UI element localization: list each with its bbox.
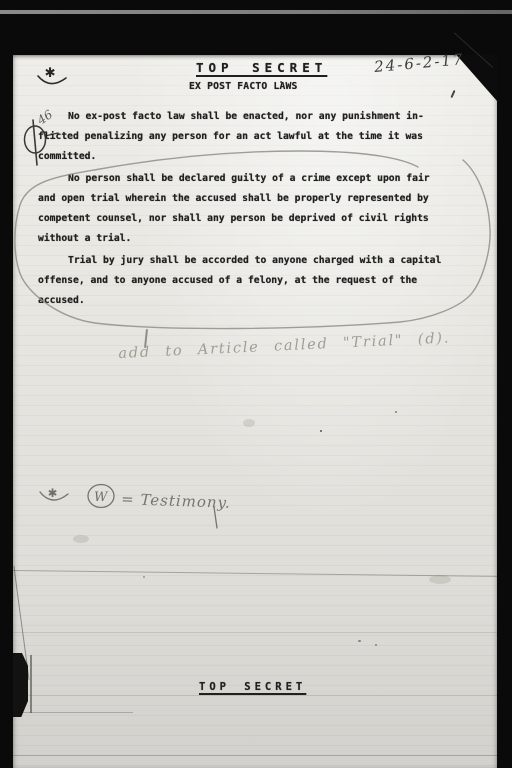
- testimony-symbol: W: [94, 490, 109, 505]
- smudge: [429, 575, 451, 584]
- speck: [395, 411, 397, 413]
- speck: [320, 430, 322, 432]
- scan-corner-line: [30, 655, 32, 713]
- speck: [143, 576, 145, 578]
- asterisk-glyph: ✱: [45, 62, 55, 82]
- asterisk-glyph: ✱: [48, 483, 57, 501]
- scratch-line: [13, 695, 497, 696]
- scratch-line: [13, 755, 497, 756]
- speck: [280, 81, 282, 83]
- typed-line: No ex-post facto law shall be enacted, n…: [38, 107, 478, 127]
- scan-corner-shadow: [13, 653, 28, 717]
- scratch-line: [13, 632, 497, 633]
- scan-edge-stripe: [0, 10, 512, 14]
- document-scan: TOP SECRET 24-6-2-17 ✱ 46 EX POST FACTO …: [0, 0, 512, 768]
- classification-header: TOP SECRET: [196, 60, 327, 75]
- document-page: TOP SECRET 24-6-2-17 ✱ 46 EX POST FACTO …: [13, 55, 497, 768]
- speck: [375, 644, 377, 646]
- speck: [358, 640, 361, 642]
- smudge: [73, 535, 89, 543]
- classification-footer: TOP SECRET: [199, 681, 306, 693]
- pencil-circle-annotation: [13, 135, 497, 345]
- asterisk-mark-icon: ✱: [35, 57, 79, 97]
- pencil-speck: [450, 90, 455, 98]
- testimony-annotation: ✱ W = Testimony.: [33, 470, 273, 585]
- date-annotation: 24-6-2-17: [373, 49, 474, 76]
- smudge: [243, 419, 255, 427]
